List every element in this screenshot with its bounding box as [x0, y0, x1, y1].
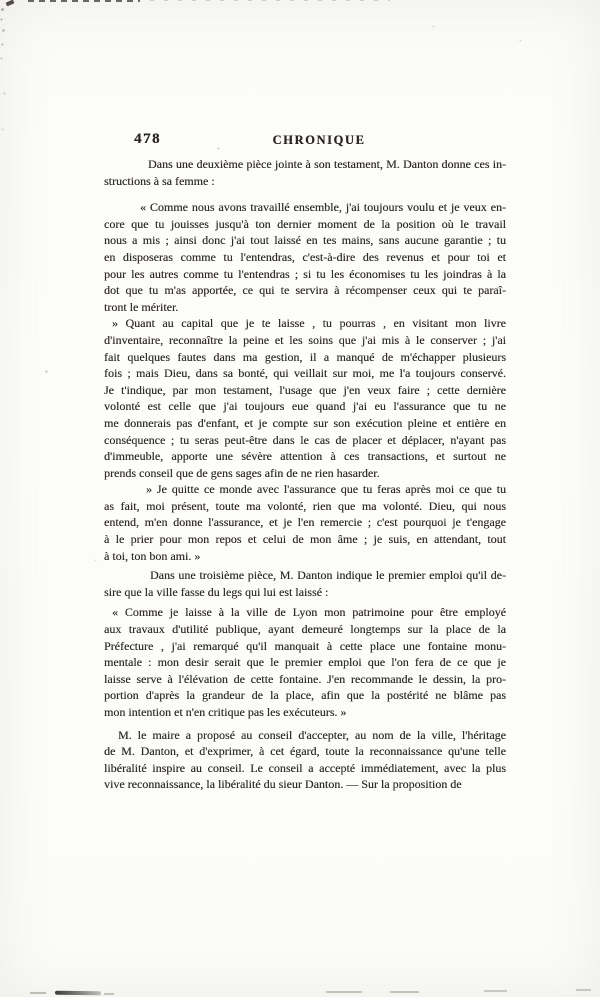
scan-artifact-specks [0, 0, 1, 1]
text-line: dot que tu m'as apportée, ce qui te serv… [104, 282, 506, 299]
paragraph-intro-deuxieme-piece: Dans une deuxième pièce jointe à son tes… [104, 156, 506, 189]
text-line: » Je quitte ce monde avec l'assurance qu… [104, 481, 506, 498]
text-line: à toi, ton bon ami. » [104, 548, 506, 565]
page-number: 478 [134, 131, 161, 148]
scan-artifact-bottom-dash [576, 989, 591, 991]
text-line: pour les autres comme tu l'entendras ; s… [104, 266, 506, 283]
text-column: Dans une deuxième pièce jointe à son tes… [104, 156, 506, 793]
text-line: tront le mériter. [104, 299, 506, 316]
paragraph-intro-troisieme-piece: Dans une troisième pièce, M. Danton indi… [104, 567, 506, 600]
scan-artifact-top-dashes [28, 0, 140, 2]
text-line: en disposeras comme tu l'entendras, c'es… [104, 249, 506, 266]
scan-artifact-bottom-dash [390, 991, 419, 993]
text-line: d'inventaire, reconnaître la peine et le… [104, 332, 506, 349]
paragraph-citation-fontaine: « Comme je laisse à la ville de Lyon mon… [104, 604, 506, 720]
text-line: aux travaux d'utilité publique, ayant de… [104, 621, 506, 638]
scan-artifact-bottom-dash [484, 990, 507, 992]
text-line: laisse serve à l'élévation de cette font… [104, 671, 506, 688]
text-line: mentale : mon desir serait que le premie… [104, 654, 506, 671]
text-line: Je t'indique, par mon testament, l'usage… [104, 382, 506, 399]
text-line: conséquence ; tu seras peut-être dans le… [104, 432, 506, 449]
text-line: vive reconnaissance, la libéralité du si… [104, 776, 506, 793]
text-line: prends conseil que de gens sages afin de… [104, 465, 506, 482]
text-line: me donnerais pas d'enfant, et je compte … [104, 415, 506, 432]
running-title: CHRONIQUE [273, 133, 366, 148]
scanned-book-page: 478 CHRONIQUE Dans une deuxième pièce jo… [0, 0, 600, 997]
text-line: portion d'après la grandeur de la place,… [104, 687, 506, 704]
text-line: Dans une deuxième pièce jointe à son tes… [104, 156, 506, 173]
scan-artifact-bottom-dash [30, 992, 46, 994]
text-line: Dans une troisième pièce, M. Danton indi… [104, 567, 506, 584]
paragraph-citation-quant-au-capital: » Quant au capital que je te laisse , tu… [104, 315, 506, 481]
text-line: de M. Danton, et d'exprimer, à cet égard… [104, 743, 506, 760]
text-line: structions à sa femme : [104, 173, 506, 190]
text-line: nous a mis ; ainsi donc j'ai tout laissé… [104, 232, 506, 249]
paragraph-citation-travail-ensemble: « Comme nous avons travaillé ensemble, j… [104, 199, 506, 315]
scan-artifact-top-dashes-faint [150, 0, 390, 1]
text-line: « Comme nous avons travaillé ensemble, j… [104, 199, 506, 216]
paragraph-citation-je-quitte-ce-monde: » Je quitte ce monde avec l'assurance qu… [104, 481, 506, 564]
text-line: fois ; mais Dieu, dans sa bonté, qui vei… [104, 365, 506, 382]
text-line: fait quelques fautes dans ma gestion, il… [104, 349, 506, 366]
text-line: M. le maire a proposé au conseil d'accep… [104, 727, 506, 744]
text-line: d'immeuble, apporte une sévère attention… [104, 448, 506, 465]
text-line: as fait, moi présent, toute ma volonté, … [104, 498, 506, 515]
text-line: à le prier pour mon repos et celui de mo… [104, 531, 506, 548]
text-line: entend, m'en donne l'assurance, et je l'… [104, 514, 506, 531]
text-line: » Quant au capital que je te laisse , tu… [104, 315, 506, 332]
running-head: 478 CHRONIQUE [104, 131, 506, 149]
scan-artifact-bottom-dash [104, 993, 114, 995]
scan-artifact-bottom-smudge [55, 991, 101, 996]
text-line: Préfecture , j'ai remarqué qu'il manquai… [104, 638, 506, 655]
paragraph-maire-proposition: M. le maire a proposé au conseil d'accep… [104, 727, 506, 793]
scan-artifact-corner-mark [6, 0, 15, 6]
text-line: volonté est celle que j'ai toujours eue … [104, 398, 506, 415]
text-line: libéralité inspire au conseil. Le consei… [104, 760, 506, 777]
text-line: mon intention et n'en critique pas les e… [104, 704, 506, 721]
text-line: « Comme je laisse à la ville de Lyon mon… [104, 604, 506, 621]
text-line: core que tu jouisses jusqu'à ton dernier… [104, 216, 506, 233]
text-line: sire que la ville fasse du legs qui lui … [104, 584, 506, 601]
scan-artifact-bottom-dash [326, 991, 362, 993]
